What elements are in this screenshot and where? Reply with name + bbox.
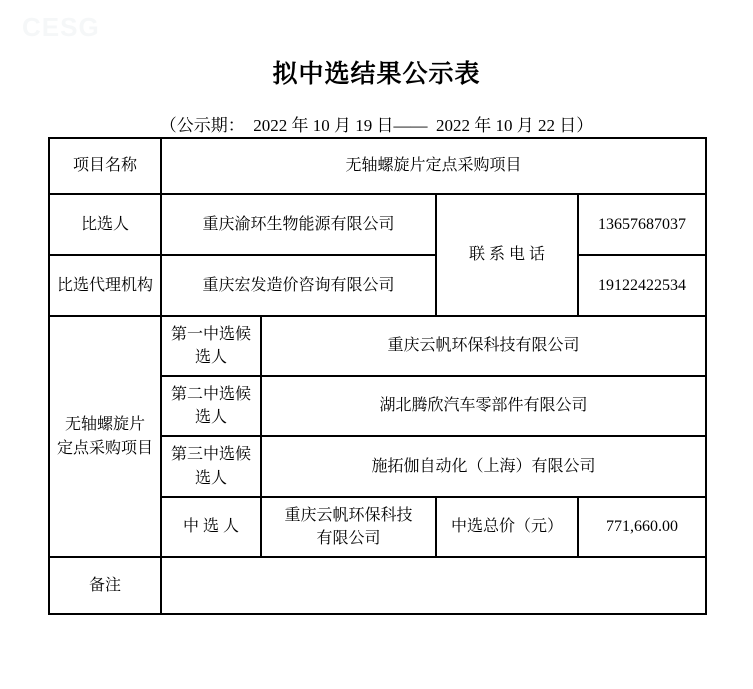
candidate-2-value: 湖北腾欣汽车零部件有限公司 [261,376,706,436]
project-name-value: 无轴螺旋片定点采购项目 [161,138,706,194]
contact-phone-label: 联 系 电 话 [436,194,578,316]
agency-phone: 19122422534 [578,255,706,316]
document-page: CESG 拟中选结果公示表 （公示期： 2022 年 10 月 19 日—— 2… [0,0,753,689]
agency-label: 比选代理机构 [49,255,161,316]
winner-label: 中 选 人 [161,497,261,557]
candidate-2-label: 第二中选候 选人 [161,376,261,436]
page-title: 拟中选结果公示表 [0,54,753,90]
row-agency: 比选代理机构 重庆宏发造价咨询有限公司 19122422534 [49,255,706,316]
agency-value: 重庆宏发造价咨询有限公司 [161,255,436,316]
total-price-value: 771,660.00 [578,497,706,557]
project-group-label: 无轴螺旋片 定点采购项目 [49,316,161,557]
row-candidate-1: 无轴螺旋片 定点采购项目 第一中选候 选人 重庆云帆环保科技有限公司 [49,316,706,376]
project-name-label: 项目名称 [49,138,161,194]
comparer-phone: 13657687037 [578,194,706,255]
watermark-logo: CESG [22,12,100,43]
comparer-value: 重庆渝环生物能源有限公司 [161,194,436,255]
candidate-1-label: 第一中选候 选人 [161,316,261,376]
candidate-3-value: 施拓伽自动化（上海）有限公司 [261,436,706,497]
result-table: 项目名称 无轴螺旋片定点采购项目 比选人 重庆渝环生物能源有限公司 联 系 电 … [48,137,707,615]
candidate-1-value: 重庆云帆环保科技有限公司 [261,316,706,376]
publicity-period: （公示期： 2022 年 10 月 19 日—— 2022 年 10 月 22 … [0,111,753,136]
candidate-3-label: 第三中选候 选人 [161,436,261,497]
remark-label: 备注 [49,557,161,614]
total-price-label: 中选总价（元） [436,497,578,557]
comparer-label: 比选人 [49,194,161,255]
remark-value [161,557,706,614]
winner-value: 重庆云帆环保科技 有限公司 [261,497,436,557]
row-remark: 备注 [49,557,706,614]
row-project-name: 项目名称 无轴螺旋片定点采购项目 [49,138,706,194]
row-comparer: 比选人 重庆渝环生物能源有限公司 联 系 电 话 13657687037 [49,194,706,255]
